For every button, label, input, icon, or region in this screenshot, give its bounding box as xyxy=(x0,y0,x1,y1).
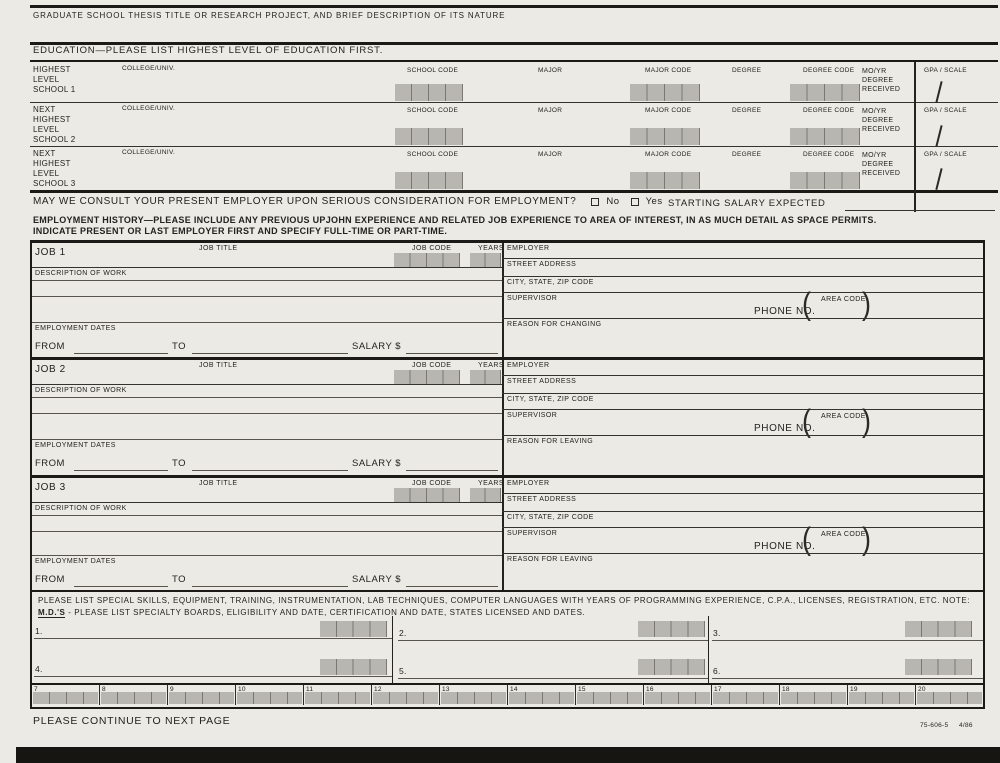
to-date-line[interactable] xyxy=(192,470,348,471)
skill-item-number: 5. xyxy=(399,666,407,676)
job-code-field[interactable] xyxy=(394,370,460,385)
job-code-label: JOB CODE xyxy=(412,362,451,369)
reason-label: REASON FOR CHANGING xyxy=(507,321,602,328)
education-heading: EDUCATION—PLEASE LIST HIGHEST LEVEL OF E… xyxy=(33,45,383,56)
major-code-field[interactable] xyxy=(630,172,700,189)
years-label: YEARS xyxy=(478,245,504,252)
description-line[interactable] xyxy=(32,555,502,556)
job-code-label: JOB CODE xyxy=(412,480,451,487)
job-title-label: JOB TITLE xyxy=(199,362,238,369)
description-line[interactable] xyxy=(32,531,502,532)
to-label: TO xyxy=(172,341,186,352)
school-code-field[interactable] xyxy=(395,128,463,145)
street-address-label: STREET ADDRESS xyxy=(507,261,576,268)
college-univ-field[interactable] xyxy=(122,74,392,100)
area-code-paren-open: ( xyxy=(802,522,811,557)
street-address-line[interactable] xyxy=(502,276,983,277)
college-univ-label: COLLEGE/UNIV. xyxy=(122,149,175,156)
column-divider xyxy=(502,478,504,590)
from-date-line[interactable] xyxy=(74,470,168,471)
salary-label: SALARY $ xyxy=(352,341,401,352)
major-code-label: MAJOR CODE xyxy=(645,107,691,114)
thesis-label: GRADUATE SCHOOL THESIS TITLE OR RESEARCH… xyxy=(33,11,505,20)
job-code-label: JOB CODE xyxy=(412,245,451,252)
school-code-field[interactable] xyxy=(395,172,463,189)
application-form-page: GRADUATE SCHOOL THESIS TITLE OR RESEARCH… xyxy=(0,0,1000,763)
area-code-paren-close: ) xyxy=(862,522,871,557)
consult-no-checkbox[interactable] xyxy=(591,198,599,206)
job-code-field[interactable] xyxy=(394,253,460,268)
employment-dates-label: EMPLOYMENT DATES xyxy=(35,325,116,332)
rule-line xyxy=(32,384,502,385)
college-univ-field[interactable] xyxy=(122,158,392,186)
skill-item-number: 3. xyxy=(713,628,721,638)
job-title-label: JOB TITLE xyxy=(199,245,238,252)
degree-label: DEGREE xyxy=(732,151,761,158)
job-code-field[interactable] xyxy=(394,488,460,503)
street-address-label: STREET ADDRESS xyxy=(507,496,576,503)
skill-item-number: 6. xyxy=(713,666,721,676)
city-state-zip-line[interactable] xyxy=(502,409,983,410)
job-label: JOB 3 xyxy=(35,482,66,493)
skill-item-line[interactable] xyxy=(712,678,983,679)
degree-code-label: DEGREE CODE xyxy=(803,107,854,114)
skills-note-part1: PLEASE LIST SPECIAL SKILLS, EQUIPMENT, T… xyxy=(38,596,970,605)
school-level-label: NEXT HIGHEST LEVEL SCHOOL 3 xyxy=(33,149,95,189)
column-divider xyxy=(502,360,504,475)
area-code-paren-close: ) xyxy=(862,404,871,439)
major-label: MAJOR xyxy=(538,107,562,114)
skill-item-line[interactable] xyxy=(398,678,708,679)
code-strip-section: 11 xyxy=(303,685,371,705)
consult-yes-label: Yes xyxy=(646,196,663,207)
code-strip: 7 8 9 10 11 12 13 14 15 16 17 18 19 20 xyxy=(32,683,983,705)
school-code-label: SCHOOL CODE xyxy=(407,107,458,114)
employer-label: EMPLOYER xyxy=(507,362,550,369)
major-code-field[interactable] xyxy=(630,128,700,145)
college-univ-label: COLLEGE/UNIV. xyxy=(122,105,175,112)
moyr-degree-label: MO/YR DEGREE RECEIVED xyxy=(862,151,920,178)
strip-code-field[interactable] xyxy=(169,692,234,704)
skill-code-field[interactable] xyxy=(320,621,387,637)
consult-no-label: No xyxy=(606,196,619,207)
education-row: NEXT HIGHEST LEVEL SCHOOL 2 COLLEGE/UNIV… xyxy=(30,102,998,146)
job-3-block: JOB 3 JOB TITLE JOB CODE YEARS DESCRIPTI… xyxy=(32,478,983,590)
skill-item-line[interactable] xyxy=(34,638,392,639)
major-code-label: MAJOR CODE xyxy=(645,151,691,158)
supervisor-label: SUPERVISOR xyxy=(507,295,557,302)
description-of-work-label: DESCRIPTION OF WORK xyxy=(35,270,127,277)
street-address-line[interactable] xyxy=(502,393,983,394)
employment-heading-line2: INDICATE PRESENT OR LAST EMPLOYER FIRST … xyxy=(33,226,447,236)
supervisor-line[interactable] xyxy=(502,318,983,319)
degree-code-field[interactable] xyxy=(790,128,860,145)
strip-code-field[interactable] xyxy=(577,692,642,704)
description-of-work-label: DESCRIPTION OF WORK xyxy=(35,387,127,394)
area-code-label: AREA CODE xyxy=(821,413,866,420)
form-number: 75-606-5 xyxy=(920,722,948,729)
degree-label: DEGREE xyxy=(732,67,761,74)
salary-line[interactable] xyxy=(406,470,498,471)
column-divider xyxy=(708,616,709,683)
years-field[interactable] xyxy=(470,370,501,385)
street-address-label: STREET ADDRESS xyxy=(507,378,576,385)
rule-line xyxy=(32,502,502,503)
to-date-line[interactable] xyxy=(192,353,348,354)
city-state-zip-label: CITY, STATE, ZIP CODE xyxy=(507,396,594,403)
degree-code-field[interactable] xyxy=(790,84,860,101)
skills-note: PLEASE LIST SPECIAL SKILLS, EQUIPMENT, T… xyxy=(38,595,976,618)
employer-line[interactable] xyxy=(502,375,983,376)
skill-item-line[interactable] xyxy=(712,640,983,641)
strip-code-field[interactable] xyxy=(441,692,506,704)
salary-line[interactable] xyxy=(406,353,498,354)
job-1-block: JOB 1 JOB TITLE JOB CODE YEARS DESCRIPTI… xyxy=(32,243,983,357)
city-state-zip-line[interactable] xyxy=(502,527,983,528)
column-divider xyxy=(914,62,916,212)
scan-edge-bar xyxy=(16,747,1000,763)
skill-item-number: 1. xyxy=(35,626,43,636)
from-label: FROM xyxy=(35,458,65,469)
supervisor-label: SUPERVISOR xyxy=(507,530,557,537)
starting-salary-label: STARTING SALARY EXPECTED xyxy=(668,198,826,209)
years-field[interactable] xyxy=(470,253,501,268)
years-field[interactable] xyxy=(470,488,501,503)
consult-yes-checkbox[interactable] xyxy=(631,198,639,206)
major-code-field[interactable] xyxy=(630,84,700,101)
description-of-work-label: DESCRIPTION OF WORK xyxy=(35,505,127,512)
strip-code-field[interactable] xyxy=(509,692,574,704)
degree-code-field[interactable] xyxy=(790,172,860,189)
years-label: YEARS xyxy=(478,480,504,487)
employer-line[interactable] xyxy=(502,258,983,259)
supervisor-label: SUPERVISOR xyxy=(507,412,557,419)
school-code-field[interactable] xyxy=(395,84,463,101)
from-label: FROM xyxy=(35,574,65,585)
code-strip-section: 10 xyxy=(235,685,303,705)
city-state-zip-label: CITY, STATE, ZIP CODE xyxy=(507,279,594,286)
strip-code-field[interactable] xyxy=(237,692,302,704)
supervisor-line[interactable] xyxy=(502,435,983,436)
area-code-label: AREA CODE xyxy=(821,531,866,538)
employer-label: EMPLOYER xyxy=(507,245,550,252)
description-line[interactable] xyxy=(32,322,502,323)
rule-line xyxy=(30,5,998,8)
code-strip-section: 14 xyxy=(507,685,575,705)
employer-label: EMPLOYER xyxy=(507,480,550,487)
employment-dates-label: EMPLOYMENT DATES xyxy=(35,442,116,449)
supervisor-line[interactable] xyxy=(502,553,983,554)
employment-heading-line1: EMPLOYMENT HISTORY—PLEASE INCLUDE ANY PR… xyxy=(33,215,877,225)
reason-label: REASON FOR LEAVING xyxy=(507,438,593,445)
from-date-line[interactable] xyxy=(74,586,168,587)
school-code-label: SCHOOL CODE xyxy=(407,151,458,158)
to-label: TO xyxy=(172,574,186,585)
salary-line[interactable] xyxy=(406,586,498,587)
description-line[interactable] xyxy=(32,439,502,440)
area-code-paren-open: ( xyxy=(802,287,811,322)
job-label: JOB 1 xyxy=(35,247,66,258)
from-date-line[interactable] xyxy=(74,353,168,354)
strip-code-field[interactable] xyxy=(849,692,914,704)
from-label: FROM xyxy=(35,341,65,352)
education-row: HIGHEST LEVEL SCHOOL 1 COLLEGE/UNIV. SCH… xyxy=(30,62,998,102)
to-date-line[interactable] xyxy=(192,586,348,587)
moyr-degree-label: MO/YR DEGREE RECEIVED xyxy=(862,67,920,94)
major-code-label: MAJOR CODE xyxy=(645,67,691,74)
strip-code-field[interactable] xyxy=(101,692,166,704)
gpa-scale-label: GPA / SCALE xyxy=(924,67,967,74)
education-row: NEXT HIGHEST LEVEL SCHOOL 3 COLLEGE/UNIV… xyxy=(30,146,998,190)
strip-code-field[interactable] xyxy=(713,692,778,704)
area-code-paren-open: ( xyxy=(802,404,811,439)
description-line[interactable] xyxy=(32,515,502,516)
special-skills-box: PLEASE LIST SPECIAL SKILLS, EQUIPMENT, T… xyxy=(30,590,985,709)
skill-code-field[interactable] xyxy=(638,621,705,637)
code-strip-section: 7 xyxy=(32,685,99,705)
strip-code-field[interactable] xyxy=(305,692,370,704)
code-strip-section: 15 xyxy=(575,685,643,705)
employer-line[interactable] xyxy=(502,493,983,494)
degree-code-label: DEGREE CODE xyxy=(803,151,854,158)
area-code-label: AREA CODE xyxy=(821,296,866,303)
thesis-answer-area[interactable] xyxy=(30,20,998,40)
salary-label: SALARY $ xyxy=(352,574,401,585)
consult-question-row: MAY WE CONSULT YOUR PRESENT EMPLOYER UPO… xyxy=(33,196,663,207)
code-strip-section: 19 xyxy=(847,685,915,705)
college-univ-field[interactable] xyxy=(122,114,392,142)
college-univ-label: COLLEGE/UNIV. xyxy=(122,65,175,72)
continue-note: PLEASE CONTINUE TO NEXT PAGE xyxy=(33,715,230,727)
salary-label: SALARY $ xyxy=(352,458,401,469)
description-line[interactable] xyxy=(32,280,502,281)
skill-code-field[interactable] xyxy=(320,659,387,675)
education-table: HIGHEST LEVEL SCHOOL 1 COLLEGE/UNIV. SCH… xyxy=(30,60,998,193)
area-code-paren-close: ) xyxy=(862,287,871,322)
column-divider xyxy=(392,616,393,683)
skill-code-field[interactable] xyxy=(905,659,972,675)
major-label: MAJOR xyxy=(538,67,562,74)
strip-code-field[interactable] xyxy=(645,692,710,704)
degree-code-label: DEGREE CODE xyxy=(803,67,854,74)
form-date: 4/86 xyxy=(959,722,973,729)
code-strip-section: 12 xyxy=(371,685,439,705)
code-strip-section: 16 xyxy=(643,685,711,705)
code-strip-section: 8 xyxy=(99,685,167,705)
years-label: YEARS xyxy=(478,362,504,369)
employment-dates-label: EMPLOYMENT DATES xyxy=(35,558,116,565)
moyr-degree-label: MO/YR DEGREE RECEIVED xyxy=(862,107,920,134)
skill-code-field[interactable] xyxy=(638,659,705,675)
skill-item-number: 2. xyxy=(399,628,407,638)
skills-note-part2: - PLEASE LIST SPECIALTY BOARDS, ELIGIBIL… xyxy=(65,608,585,617)
skill-code-field[interactable] xyxy=(905,621,972,637)
strip-code-field[interactable] xyxy=(781,692,846,704)
code-strip-section: 13 xyxy=(439,685,507,705)
street-address-line[interactable] xyxy=(502,511,983,512)
strip-code-field[interactable] xyxy=(373,692,438,704)
code-strip-section: 18 xyxy=(779,685,847,705)
gpa-scale-label: GPA / SCALE xyxy=(924,151,967,158)
description-line[interactable] xyxy=(32,296,502,297)
major-label: MAJOR xyxy=(538,151,562,158)
skill-item-line[interactable] xyxy=(398,640,708,641)
gpa-scale-label: GPA / SCALE xyxy=(924,107,967,114)
job-title-label: JOB TITLE xyxy=(199,480,238,487)
skill-item-number: 4. xyxy=(35,664,43,674)
school-level-label: HIGHEST LEVEL SCHOOL 1 xyxy=(33,65,95,95)
job-2-block: JOB 2 JOB TITLE JOB CODE YEARS DESCRIPTI… xyxy=(32,360,983,475)
city-state-zip-line[interactable] xyxy=(502,292,983,293)
starting-salary-line[interactable] xyxy=(845,210,995,211)
description-line[interactable] xyxy=(32,413,502,414)
school-level-label: NEXT HIGHEST LEVEL SCHOOL 2 xyxy=(33,105,95,145)
strip-code-field[interactable] xyxy=(917,692,982,704)
strip-code-field[interactable] xyxy=(33,692,98,704)
description-line[interactable] xyxy=(32,397,502,398)
column-divider xyxy=(502,243,504,357)
rule-line xyxy=(32,267,502,268)
employment-history-box: JOB 1 JOB TITLE JOB CODE YEARS DESCRIPTI… xyxy=(30,240,985,590)
city-state-zip-label: CITY, STATE, ZIP CODE xyxy=(507,514,594,521)
skill-item-line[interactable] xyxy=(34,676,392,677)
consult-question: MAY WE CONSULT YOUR PRESENT EMPLOYER UPO… xyxy=(33,196,576,207)
skills-note-md: M.D.'S xyxy=(38,608,65,618)
code-strip-section: 20 xyxy=(915,685,983,705)
reason-label: REASON FOR LEAVING xyxy=(507,556,593,563)
to-label: TO xyxy=(172,458,186,469)
code-strip-section: 9 xyxy=(167,685,235,705)
school-code-label: SCHOOL CODE xyxy=(407,67,458,74)
job-label: JOB 2 xyxy=(35,364,66,375)
code-strip-section: 17 xyxy=(711,685,779,705)
degree-label: DEGREE xyxy=(732,107,761,114)
